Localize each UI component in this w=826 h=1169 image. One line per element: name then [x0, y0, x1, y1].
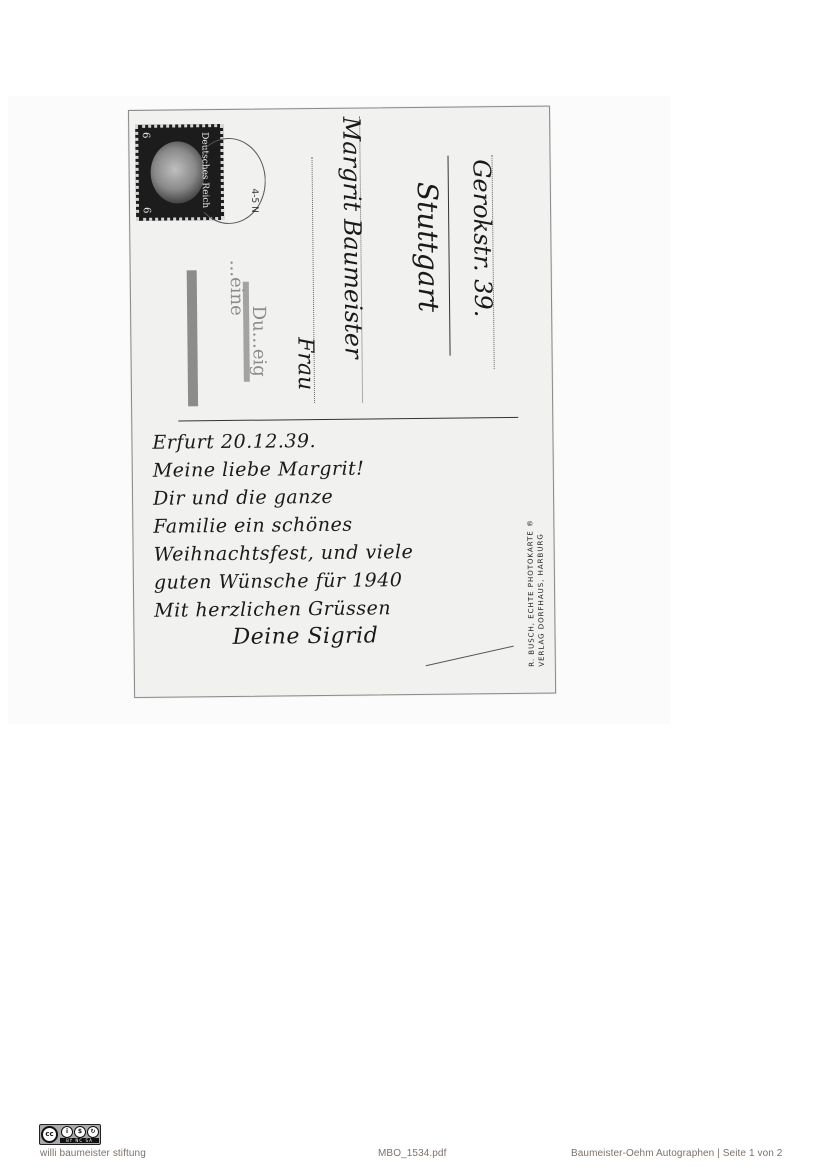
- cc-by-nc-sa-icon[interactable]: cc i $ ↻ BY NC SA: [39, 1124, 101, 1145]
- address-city: Stuttgart: [411, 182, 445, 313]
- divider-line: [178, 417, 518, 422]
- license-nc: NC: [75, 1138, 83, 1143]
- license-by: BY: [66, 1138, 73, 1143]
- footer-organization: willi baumeister stiftung: [40, 1148, 146, 1159]
- cancel-bar: [187, 270, 198, 406]
- address-name: Margrit Baumeister: [337, 117, 368, 359]
- by-icon: i: [61, 1126, 73, 1138]
- address-salutation: Frau: [292, 337, 318, 390]
- license-sa: SA: [85, 1138, 92, 1143]
- footer-filename: MBO_1534.pdf: [378, 1148, 446, 1159]
- message-line: Mit herzlichen Grüssen: [154, 593, 504, 625]
- publisher-imprint: R. BUSCH, ECHTE PHOTOKARTE ® VERLAG DORF…: [525, 519, 547, 667]
- footer-collection-page: Baumeister-Oehm Autographen | Seite 1 vo…: [571, 1148, 782, 1159]
- message-line: Meine liebe Margrit!: [153, 453, 503, 485]
- publisher-line: VERLAG DORFHAUS, HARBURG: [535, 519, 547, 667]
- nc-icon: $: [74, 1126, 86, 1138]
- message-line: Dir und die ganze: [153, 481, 503, 513]
- message-line: Familie ein schönes: [153, 509, 503, 541]
- cancel-slogan-line: ...eine: [226, 260, 248, 316]
- stamp-value: 6: [140, 132, 151, 138]
- address-street: Gerokstr. 39.: [468, 159, 498, 317]
- license-labels: BY NC SA: [60, 1138, 99, 1143]
- stamp-value: 6: [141, 207, 152, 213]
- postmark-text: 4-5 N: [249, 188, 259, 212]
- postcard-scan: 6 6 Deutsches Reich 4-5 N ...eine Du...e…: [128, 106, 556, 698]
- slogan-cancellation: ...eine Du...eig: [187, 260, 261, 409]
- message-line: Erfurt 20.12.39.: [152, 425, 502, 457]
- cc-icon: cc: [41, 1126, 58, 1143]
- handwritten-message: Erfurt 20.12.39. Meine liebe Margrit! Di…: [152, 425, 504, 653]
- message-line: Weihnachtsfest, und viele: [154, 537, 504, 569]
- message-signature: Deine Sigrid: [154, 621, 504, 653]
- sa-icon: ↻: [87, 1126, 99, 1138]
- message-line: guten Wünsche für 1940: [154, 565, 504, 597]
- address-line-underline: [447, 156, 450, 356]
- cancel-slogan-line: Du...eig: [248, 306, 270, 377]
